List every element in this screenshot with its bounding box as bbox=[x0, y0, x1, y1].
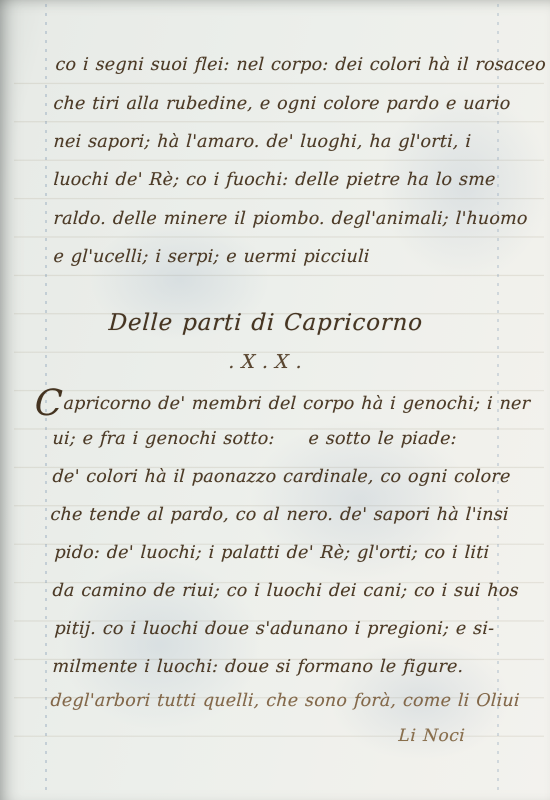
manuscript-line: da camino de riui; co i luochi dei cani;… bbox=[52, 581, 519, 601]
manuscript-line: e sotto le piade: bbox=[308, 429, 457, 449]
chapter-number: .X.X. bbox=[228, 352, 309, 374]
drop-cap-initial: C bbox=[34, 383, 64, 424]
manuscript-line: de' colori hà il paonazzo cardinale, co … bbox=[52, 467, 511, 487]
manuscript-line: che tende al pardo, co al nero. de' sapo… bbox=[50, 505, 509, 525]
manuscript-line: nei sapori; hà l'amaro. de' luoghi, ha g… bbox=[53, 132, 472, 152]
manuscript-page: co i segni suoi flei: nel corpo: dei col… bbox=[0, 0, 550, 800]
manuscript-line-text: apricorno de' membri del corpo hà i geno… bbox=[63, 394, 531, 414]
manuscript-line: ui; e fra i genochi sotto: bbox=[52, 429, 275, 449]
manuscript-line: pido: de' luochi; i palatti de' Rè; gl'o… bbox=[54, 543, 490, 563]
chapter-heading: Delle parti di Capricorno bbox=[108, 310, 424, 336]
manuscript-line: co i segni suoi flei: nel corpo: dei col… bbox=[55, 55, 546, 75]
manuscript-line: pitij. co i luochi doue s'adunano i preg… bbox=[54, 619, 495, 639]
manuscript-line: Capricorno de' membri del corpo hà i gen… bbox=[34, 390, 531, 419]
manuscript-line: che tiri alla rubedine, e ogni colore pa… bbox=[53, 94, 511, 114]
manuscript-line: luochi de' Rè; co i fuochi: delle pietre… bbox=[53, 170, 496, 190]
manuscript-line: e gl'ucelli; i serpi; e uermi picciuli bbox=[53, 247, 370, 267]
manuscript-line: milmente i luochi: doue si formano le fi… bbox=[52, 657, 464, 677]
manuscript-line: degl'arbori tutti quelli, che sono forà,… bbox=[50, 691, 520, 711]
catchword: Li Noci bbox=[398, 727, 466, 747]
manuscript-line: raldo. delle minere il piombo. degl'anim… bbox=[53, 209, 528, 229]
